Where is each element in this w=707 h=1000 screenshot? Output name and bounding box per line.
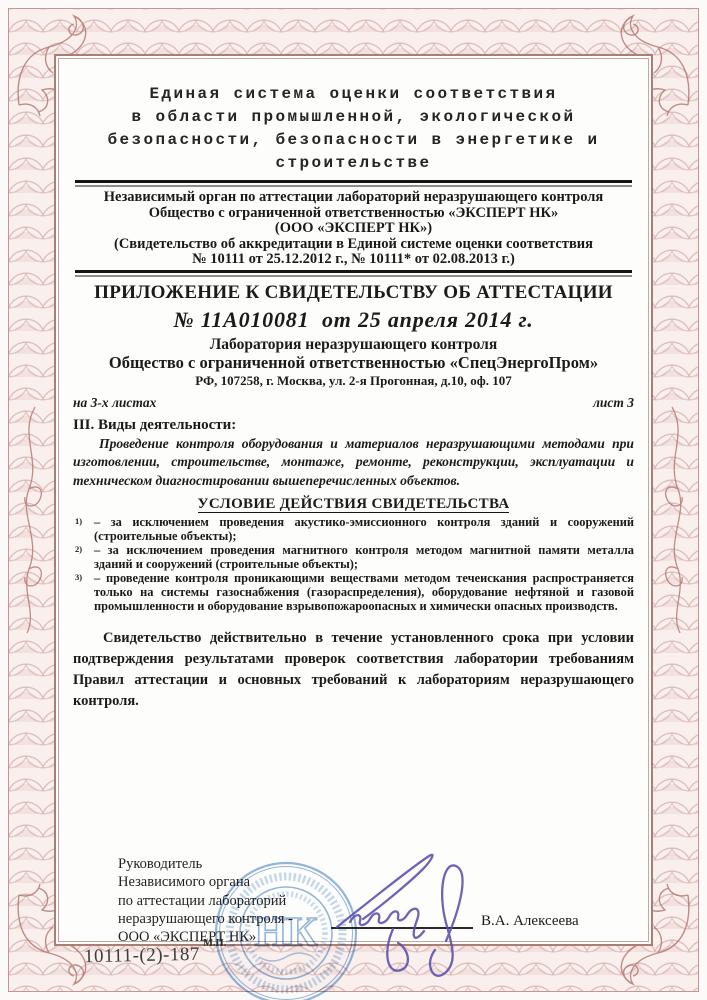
company-name: Общество с ограниченной ответственностью…	[73, 354, 634, 372]
condition-item: 3) – проведение контроля проникающими ве…	[73, 571, 634, 613]
sheet-count-note: на 3-х листах	[73, 395, 156, 410]
condition-item: 2) – за исключением проведения магнитног…	[73, 543, 634, 571]
conditions-heading: УСЛОВИЕ ДЕЙСТВИЯ СВИДЕТЕЛЬСТВА	[73, 496, 634, 512]
system-header: Единая система оценки соответствия в обл…	[73, 83, 634, 175]
divider-rule-middle	[75, 270, 632, 277]
condition-text: – за исключением проведения магнитного к…	[94, 543, 634, 571]
condition-marker: 1)	[75, 514, 82, 528]
authority-line: (Свидетельство об аккредитации в Единой …	[73, 237, 634, 253]
authority-line: (ООО «ЭКСПЕРТ НК»)	[73, 221, 634, 237]
system-header-line: Единая система оценки соответствия	[73, 83, 634, 106]
condition-marker: 3)	[75, 570, 82, 584]
form-number: 10111-(2)-187	[84, 944, 200, 968]
system-header-line: безопасности, безопасности в энергетике …	[73, 129, 634, 152]
authority-block: Независимый орган по аттестации лаборато…	[73, 190, 634, 268]
sheet-info-row: на 3-х листах лист 3	[73, 395, 634, 410]
system-header-line: строительстве	[73, 152, 634, 175]
conditions-heading-text: УСЛОВИЕ ДЕЙСТВИЯ СВИДЕТЕЛЬСТВА	[198, 496, 510, 513]
signature-scrawl	[315, 843, 485, 993]
sheet-number-note: лист 3	[593, 395, 634, 410]
validity-paragraph: Свидетельство действительно в течение ус…	[73, 628, 634, 712]
seal-mark: М.П.	[203, 938, 226, 949]
condition-item: 1) – за исключением проведения акустико-…	[73, 515, 634, 543]
signatory-name: В.А. Алексеева	[481, 913, 579, 930]
certificate-page: Единая система оценки соответствия в обл…	[0, 0, 707, 1000]
condition-marker: 2)	[75, 542, 82, 556]
authority-line: Общество с ограниченной ответственностью…	[73, 206, 634, 222]
conditions-list: 1) – за исключением проведения акустико-…	[73, 515, 634, 613]
system-header-line: в области промышленной, экологической	[73, 106, 634, 129]
condition-text: – проведение контроля проникающими вещес…	[94, 571, 634, 613]
certificate-sheet: Единая система оценки соответствия в обл…	[54, 54, 653, 946]
activities-heading: III. Виды деятельности:	[73, 417, 634, 434]
activities-text: Проведение контроля оборудования и матер…	[73, 435, 634, 490]
document-title: ПРИЛОЖЕНИЕ К СВИДЕТЕЛЬСТВУ ОБ АТТЕСТАЦИИ	[73, 282, 634, 303]
condition-text: – за исключением проведения акустико-эми…	[94, 515, 634, 543]
laboratory-name: Лаборатория неразрушающего контроля	[73, 336, 634, 353]
authority-line: № 10111 от 25.12.2012 г., № 10111* от 02…	[73, 252, 634, 268]
divider-rule-top	[75, 180, 632, 187]
certificate-number: № 11А010081 от 25 апреля 2014 г.	[73, 307, 634, 332]
company-address: РФ, 107258, г. Москва, ул. 2-я Прогонная…	[73, 373, 634, 388]
stamp-monogram: НК	[254, 910, 318, 956]
authority-line: Независимый орган по аттестации лаборато…	[73, 190, 634, 206]
